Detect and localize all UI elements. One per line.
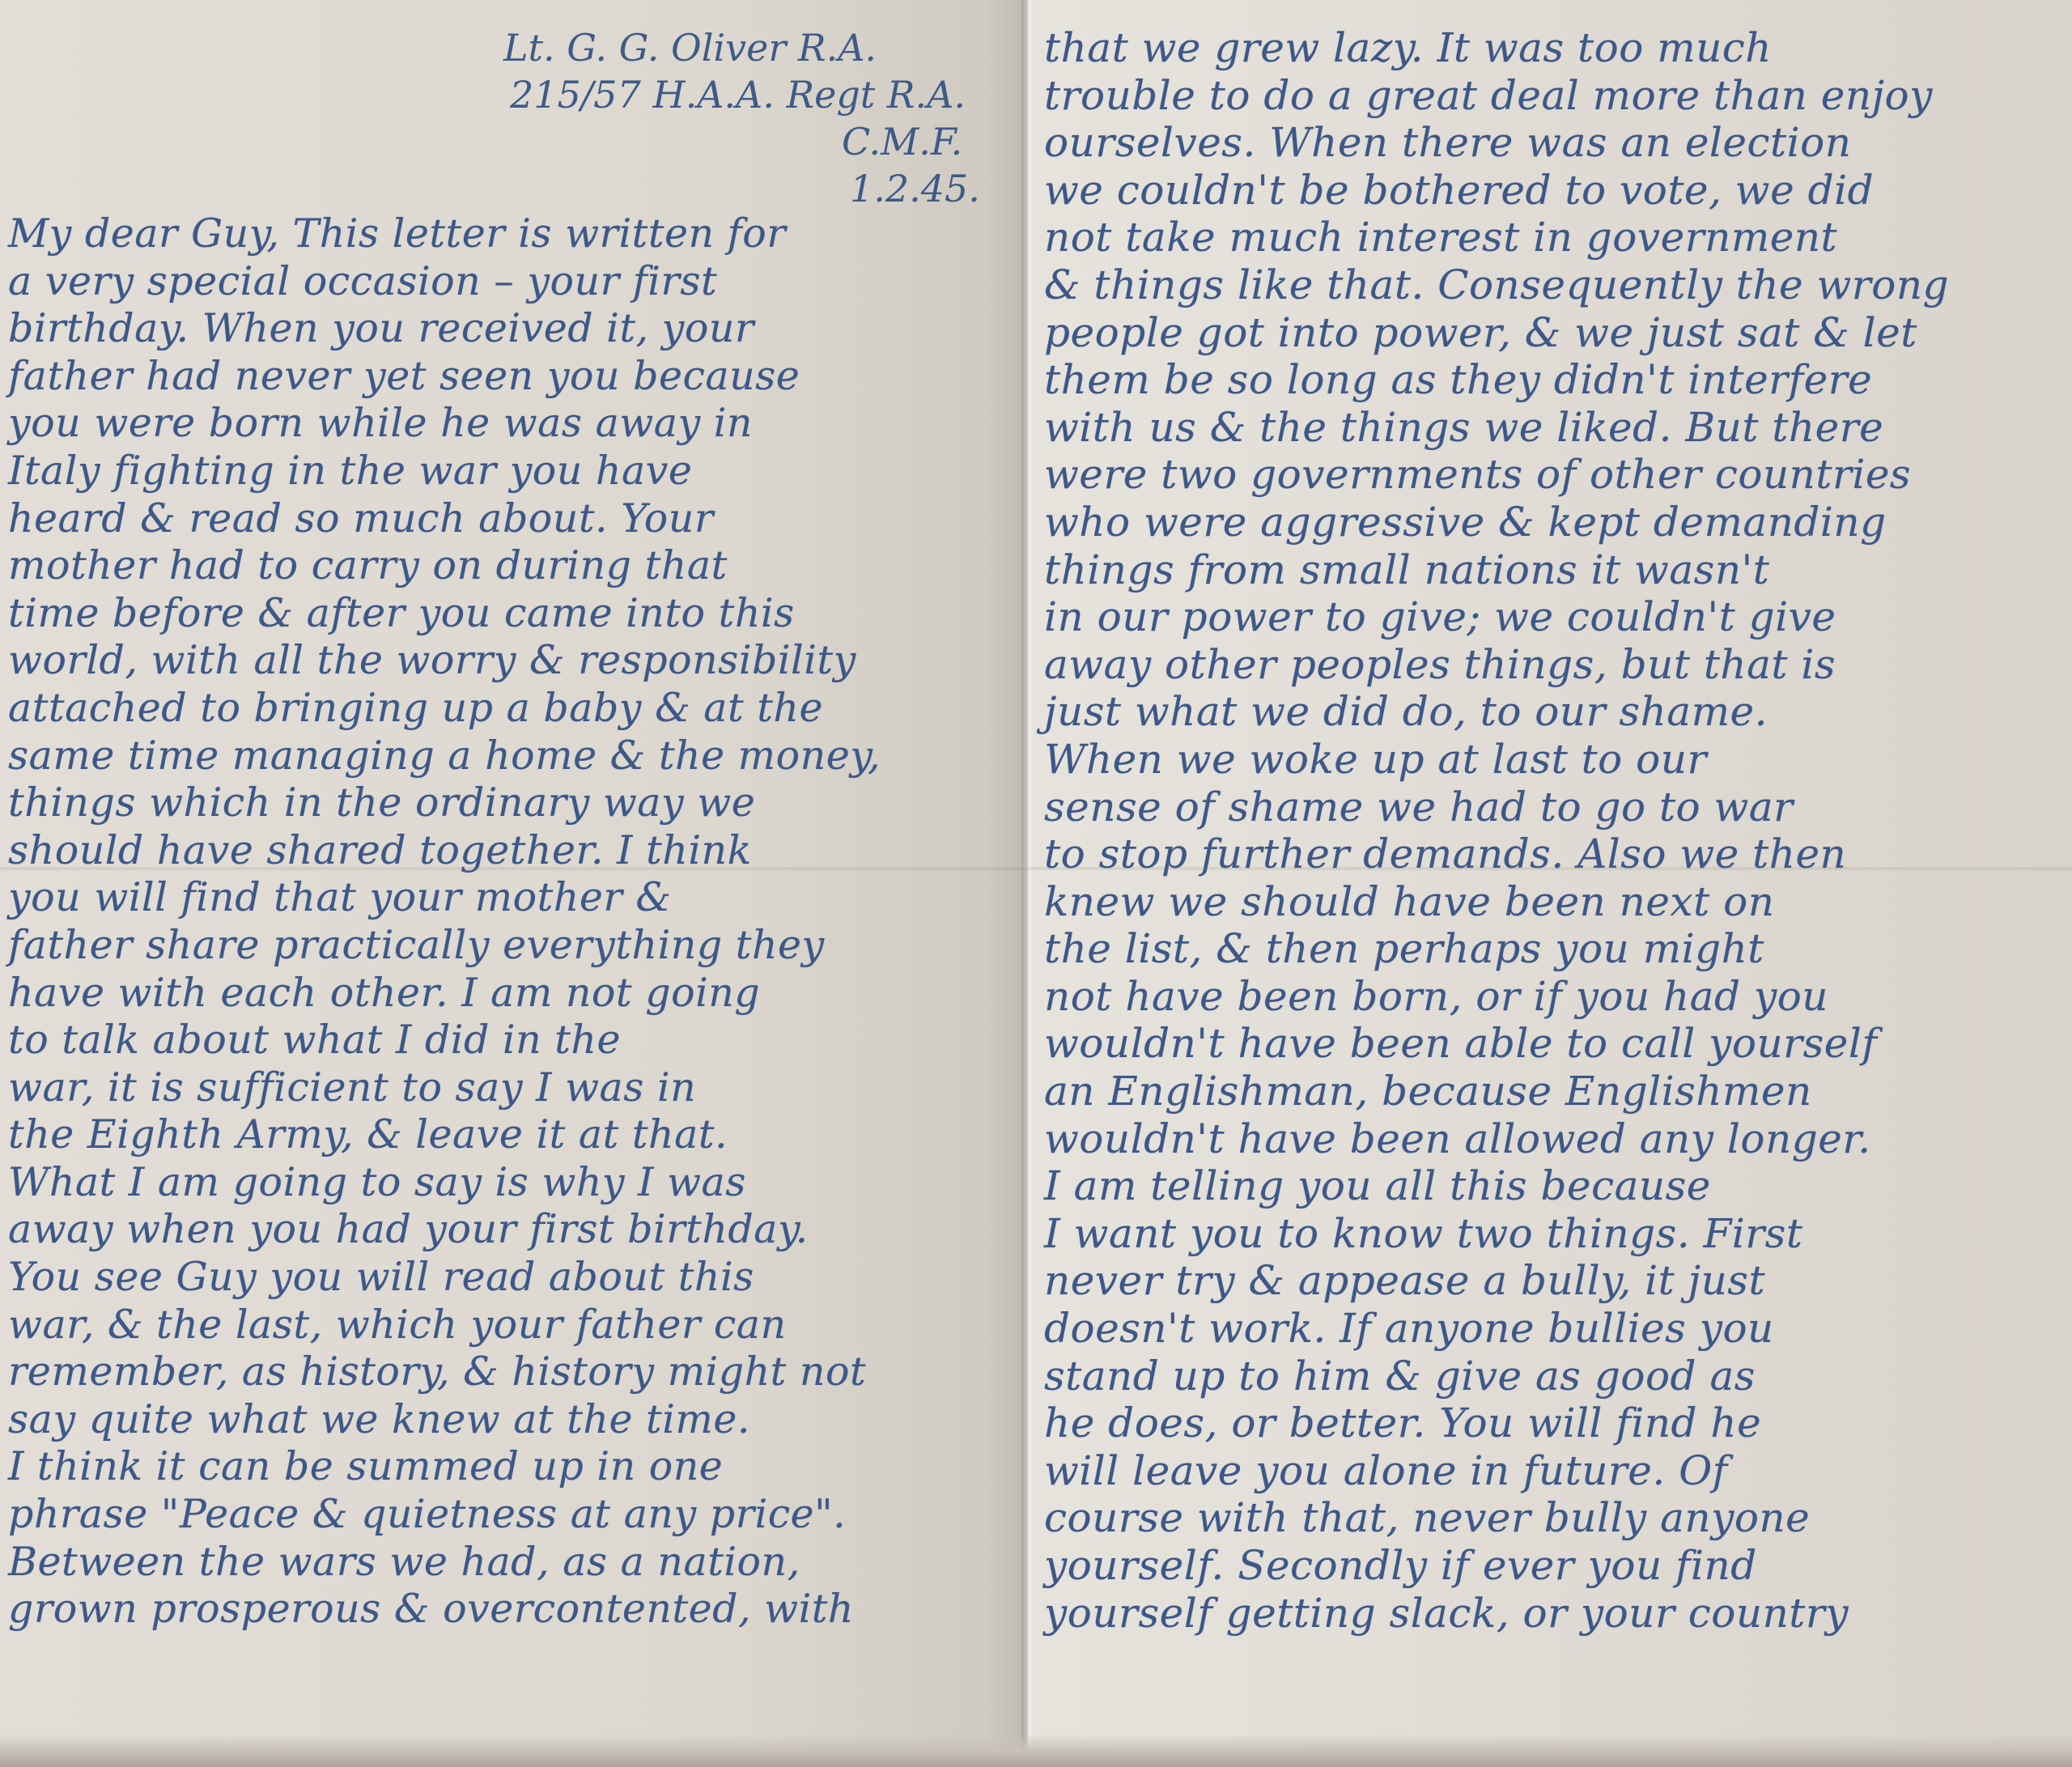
body-line: ourselves. When there was an election <box>1044 119 2072 167</box>
body-line: who were aggressive & kept demanding <box>1044 499 2072 546</box>
body-line: grown prosperous & overcontented, with <box>8 1586 1028 1633</box>
body-line: stand up to him & give as good as <box>1044 1353 2072 1400</box>
body-line: to talk about what I did in the <box>8 1017 1028 1064</box>
body-line: away when you had your first birthday. <box>8 1206 1028 1254</box>
sender-name: Lt. G. G. Oliver R.A. <box>486 24 1004 71</box>
body-line: never try & appease a bully, it just <box>1044 1257 2072 1305</box>
body-line: we couldn't be bothered to vote, we did <box>1044 167 2072 215</box>
sender-unit: 215/57 H.A.A. Regt R.A. <box>486 71 1004 118</box>
body-line: things which in the ordinary way we <box>8 779 1028 827</box>
body-line: not have been born, or if you had you <box>1044 973 2072 1021</box>
body-line: wouldn't have been able to call yourself <box>1044 1020 2072 1068</box>
body-line: with us & the things we liked. But there <box>1044 404 2072 452</box>
body-line: & things like that. Consequently the wro… <box>1044 261 2072 309</box>
body-line: phrase "Peace & quietness at any price". <box>8 1491 1028 1539</box>
body-line: war, it is sufficient to say I was in <box>8 1064 1028 1112</box>
sender-location: C.M.F. <box>486 118 1004 165</box>
horizontal-fold-crease <box>0 866 2072 871</box>
body-line: When we woke up at last to our <box>1044 736 2072 784</box>
body-line: I think it can be summed up in one <box>8 1443 1028 1491</box>
body-line: I am telling you all this because <box>1044 1162 2072 1210</box>
body-line: Between the wars we had, as a nation, <box>8 1539 1028 1586</box>
body-line: I want you to know two things. First <box>1044 1210 2072 1258</box>
right-page-body: that we grew lazy. It was too much troub… <box>1028 24 2072 1637</box>
body-line: yourself. Secondly if ever you find <box>1044 1542 2072 1590</box>
body-line: heard & read so much about. Your <box>8 495 1028 543</box>
body-line: time before & after you came into this <box>8 590 1028 638</box>
body-line: father had never yet seen you because <box>8 353 1028 401</box>
right-page: that we grew lazy. It was too much troub… <box>1028 0 2072 1767</box>
body-line: not take much interest in government <box>1044 214 2072 261</box>
body-line: You see Guy you will read about this <box>8 1254 1028 1302</box>
body-line: a very special occasion – your first <box>8 258 1028 306</box>
body-line: say quite what we knew at the time. <box>8 1396 1028 1444</box>
body-line: What I am going to say is why I was <box>8 1159 1028 1207</box>
body-line: knew we should have been next on <box>1044 878 2072 926</box>
body-line: away other peoples things, but that is <box>1044 641 2072 689</box>
body-line: in our power to give; we couldn't give <box>1044 593 2072 641</box>
body-line: them be so long as they didn't interfere <box>1044 356 2072 404</box>
torn-bottom-edge <box>0 1735 2072 1767</box>
body-line: attached to bringing up a baby & at the <box>8 685 1028 733</box>
body-line: wouldn't have been allowed any longer. <box>1044 1115 2072 1163</box>
body-line: the list, & then perhaps you might <box>1044 925 2072 973</box>
vertical-fold-crease <box>1021 0 1034 1767</box>
body-line: the Eighth Army, & leave it at that. <box>8 1111 1028 1159</box>
body-line: father share practically everything they <box>8 922 1028 970</box>
salutation-line: My dear Guy, This letter is written for <box>8 210 1028 258</box>
sender-address-block: Lt. G. G. Oliver R.A. 215/57 H.A.A. Regt… <box>486 24 1004 212</box>
body-line: doesn't work. If anyone bullies you <box>1044 1305 2072 1353</box>
body-line: trouble to do a great deal more than enj… <box>1044 72 2072 120</box>
letter-sheet: Lt. G. G. Oliver R.A. 215/57 H.A.A. Regt… <box>0 0 2072 1767</box>
body-line: course with that, never bully anyone <box>1044 1494 2072 1542</box>
body-line: will leave you alone in future. Of <box>1044 1447 2072 1495</box>
left-page: Lt. G. G. Oliver R.A. 215/57 H.A.A. Regt… <box>0 0 1028 1767</box>
body-line: have with each other. I am not going <box>8 970 1028 1017</box>
body-line: you will find that your mother & <box>8 874 1028 922</box>
body-line: war, & the last, which your father can <box>8 1302 1028 1349</box>
body-line: Italy fighting in the war you have <box>8 448 1028 495</box>
left-page-body: My dear Guy, This letter is written for … <box>0 210 1028 1633</box>
body-line: world, with all the worry & responsibili… <box>8 637 1028 685</box>
body-line: he does, or better. You will find he <box>1044 1400 2072 1447</box>
body-line: remember, as history, & history might no… <box>8 1349 1028 1396</box>
body-line: yourself getting slack, or your country <box>1044 1590 2072 1637</box>
body-line: were two governments of other countries <box>1044 451 2072 499</box>
body-line: things from small nations it wasn't <box>1044 546 2072 594</box>
letter-date: 1.2.45. <box>486 165 1004 212</box>
body-line: birthday. When you received it, your <box>8 305 1028 353</box>
body-line: same time managing a home & the money, <box>8 733 1028 780</box>
body-line: mother had to carry on during that <box>8 542 1028 590</box>
body-line: people got into power, & we just sat & l… <box>1044 309 2072 357</box>
body-line: that we grew lazy. It was too much <box>1044 24 2072 72</box>
body-line: just what we did do, to our shame. <box>1044 688 2072 736</box>
body-line: sense of shame we had to go to war <box>1044 784 2072 831</box>
body-line: you were born while he was away in <box>8 400 1028 448</box>
body-line: an Englishman, because Englishmen <box>1044 1068 2072 1115</box>
